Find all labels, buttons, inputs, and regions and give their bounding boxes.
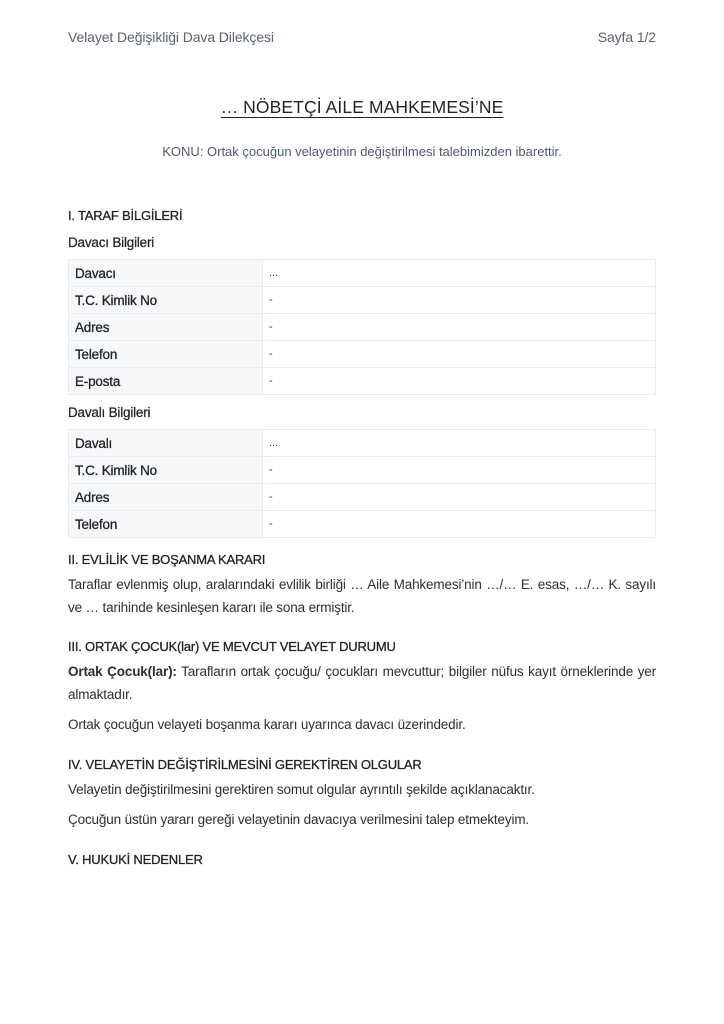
facts-paragraph: Velayetin değiştirilmesini gerektiren so… xyxy=(68,778,656,801)
children-text: Ortak Çocuk(lar): Tarafların ortak çocuğ… xyxy=(68,660,656,706)
court-title-block: … NÖBETÇİ AİLE MAHKEMESİ’NE xyxy=(0,97,724,118)
row-value: - xyxy=(263,341,656,368)
section-heading-legal: V. HUKUKİ NEDENLER xyxy=(68,852,656,867)
defendant-heading: Davalı Bilgileri xyxy=(68,405,656,420)
children-lead-label: Ortak Çocuk(lar): xyxy=(68,664,177,679)
section-heading-parties: I. TARAF BİLGİLERİ xyxy=(68,208,656,223)
table-row: E-posta - xyxy=(69,368,656,395)
facts-paragraph: Çocuğun üstün yararı gereği velayetinin … xyxy=(68,808,656,831)
row-value: - xyxy=(263,511,656,538)
court-title: … NÖBETÇİ AİLE MAHKEMESİ’NE xyxy=(221,97,504,117)
table-row: T.C. Kimlik No - xyxy=(69,287,656,314)
row-value: ... xyxy=(263,430,656,457)
section-heading-marriage: II. EVLİLİK VE BOŞANMA KARARI xyxy=(68,552,656,567)
table-row: Adres - xyxy=(69,484,656,511)
row-label: T.C. Kimlik No xyxy=(69,457,263,484)
subject-line: KONU: Ortak çocuğun velayetinin değiştir… xyxy=(0,144,724,159)
table-row: Telefon - xyxy=(69,341,656,368)
row-label: T.C. Kimlik No xyxy=(69,287,263,314)
row-value: - xyxy=(263,287,656,314)
page-header: Velayet Değişikliği Dava Dilekçesi Sayfa… xyxy=(68,29,656,45)
row-value: - xyxy=(263,457,656,484)
table-row: T.C. Kimlik No - xyxy=(69,457,656,484)
row-label: Adres xyxy=(69,484,263,511)
row-label: Davalı xyxy=(69,430,263,457)
row-label: E-posta xyxy=(69,368,263,395)
row-value: - xyxy=(263,368,656,395)
section-heading-facts: IV. VELAYETİN DEĞİŞTİRİLMESİNİ GEREKTİRE… xyxy=(68,757,656,772)
page-indicator: Sayfa 1/2 xyxy=(598,29,656,45)
row-label: Telefon xyxy=(69,341,263,368)
row-value: - xyxy=(263,484,656,511)
table-row: Davacı ... xyxy=(69,260,656,287)
plaintiff-heading: Davacı Bilgileri xyxy=(68,235,656,250)
row-label: Adres xyxy=(69,314,263,341)
document-body: I. TARAF BİLGİLERİ Davacı Bilgileri Dava… xyxy=(68,208,656,867)
defendant-table: Davalı ... T.C. Kimlik No - Adres - Tele… xyxy=(68,429,656,538)
document-title: Velayet Değişikliği Dava Dilekçesi xyxy=(68,29,274,45)
marriage-text: Taraflar evlenmiş olup, aralarındaki evl… xyxy=(68,573,656,619)
row-label: Telefon xyxy=(69,511,263,538)
table-row: Telefon - xyxy=(69,511,656,538)
table-row: Davalı ... xyxy=(69,430,656,457)
row-value: ... xyxy=(263,260,656,287)
row-value: - xyxy=(263,314,656,341)
plaintiff-table: Davacı ... T.C. Kimlik No - Adres - Tele… xyxy=(68,259,656,395)
row-label: Davacı xyxy=(69,260,263,287)
section-heading-children: III. ORTAK ÇOCUK(lar) VE MEVCUT VELAYET … xyxy=(68,639,656,654)
custody-text: Ortak çocuğun velayeti boşanma kararı uy… xyxy=(68,713,656,736)
table-row: Adres - xyxy=(69,314,656,341)
